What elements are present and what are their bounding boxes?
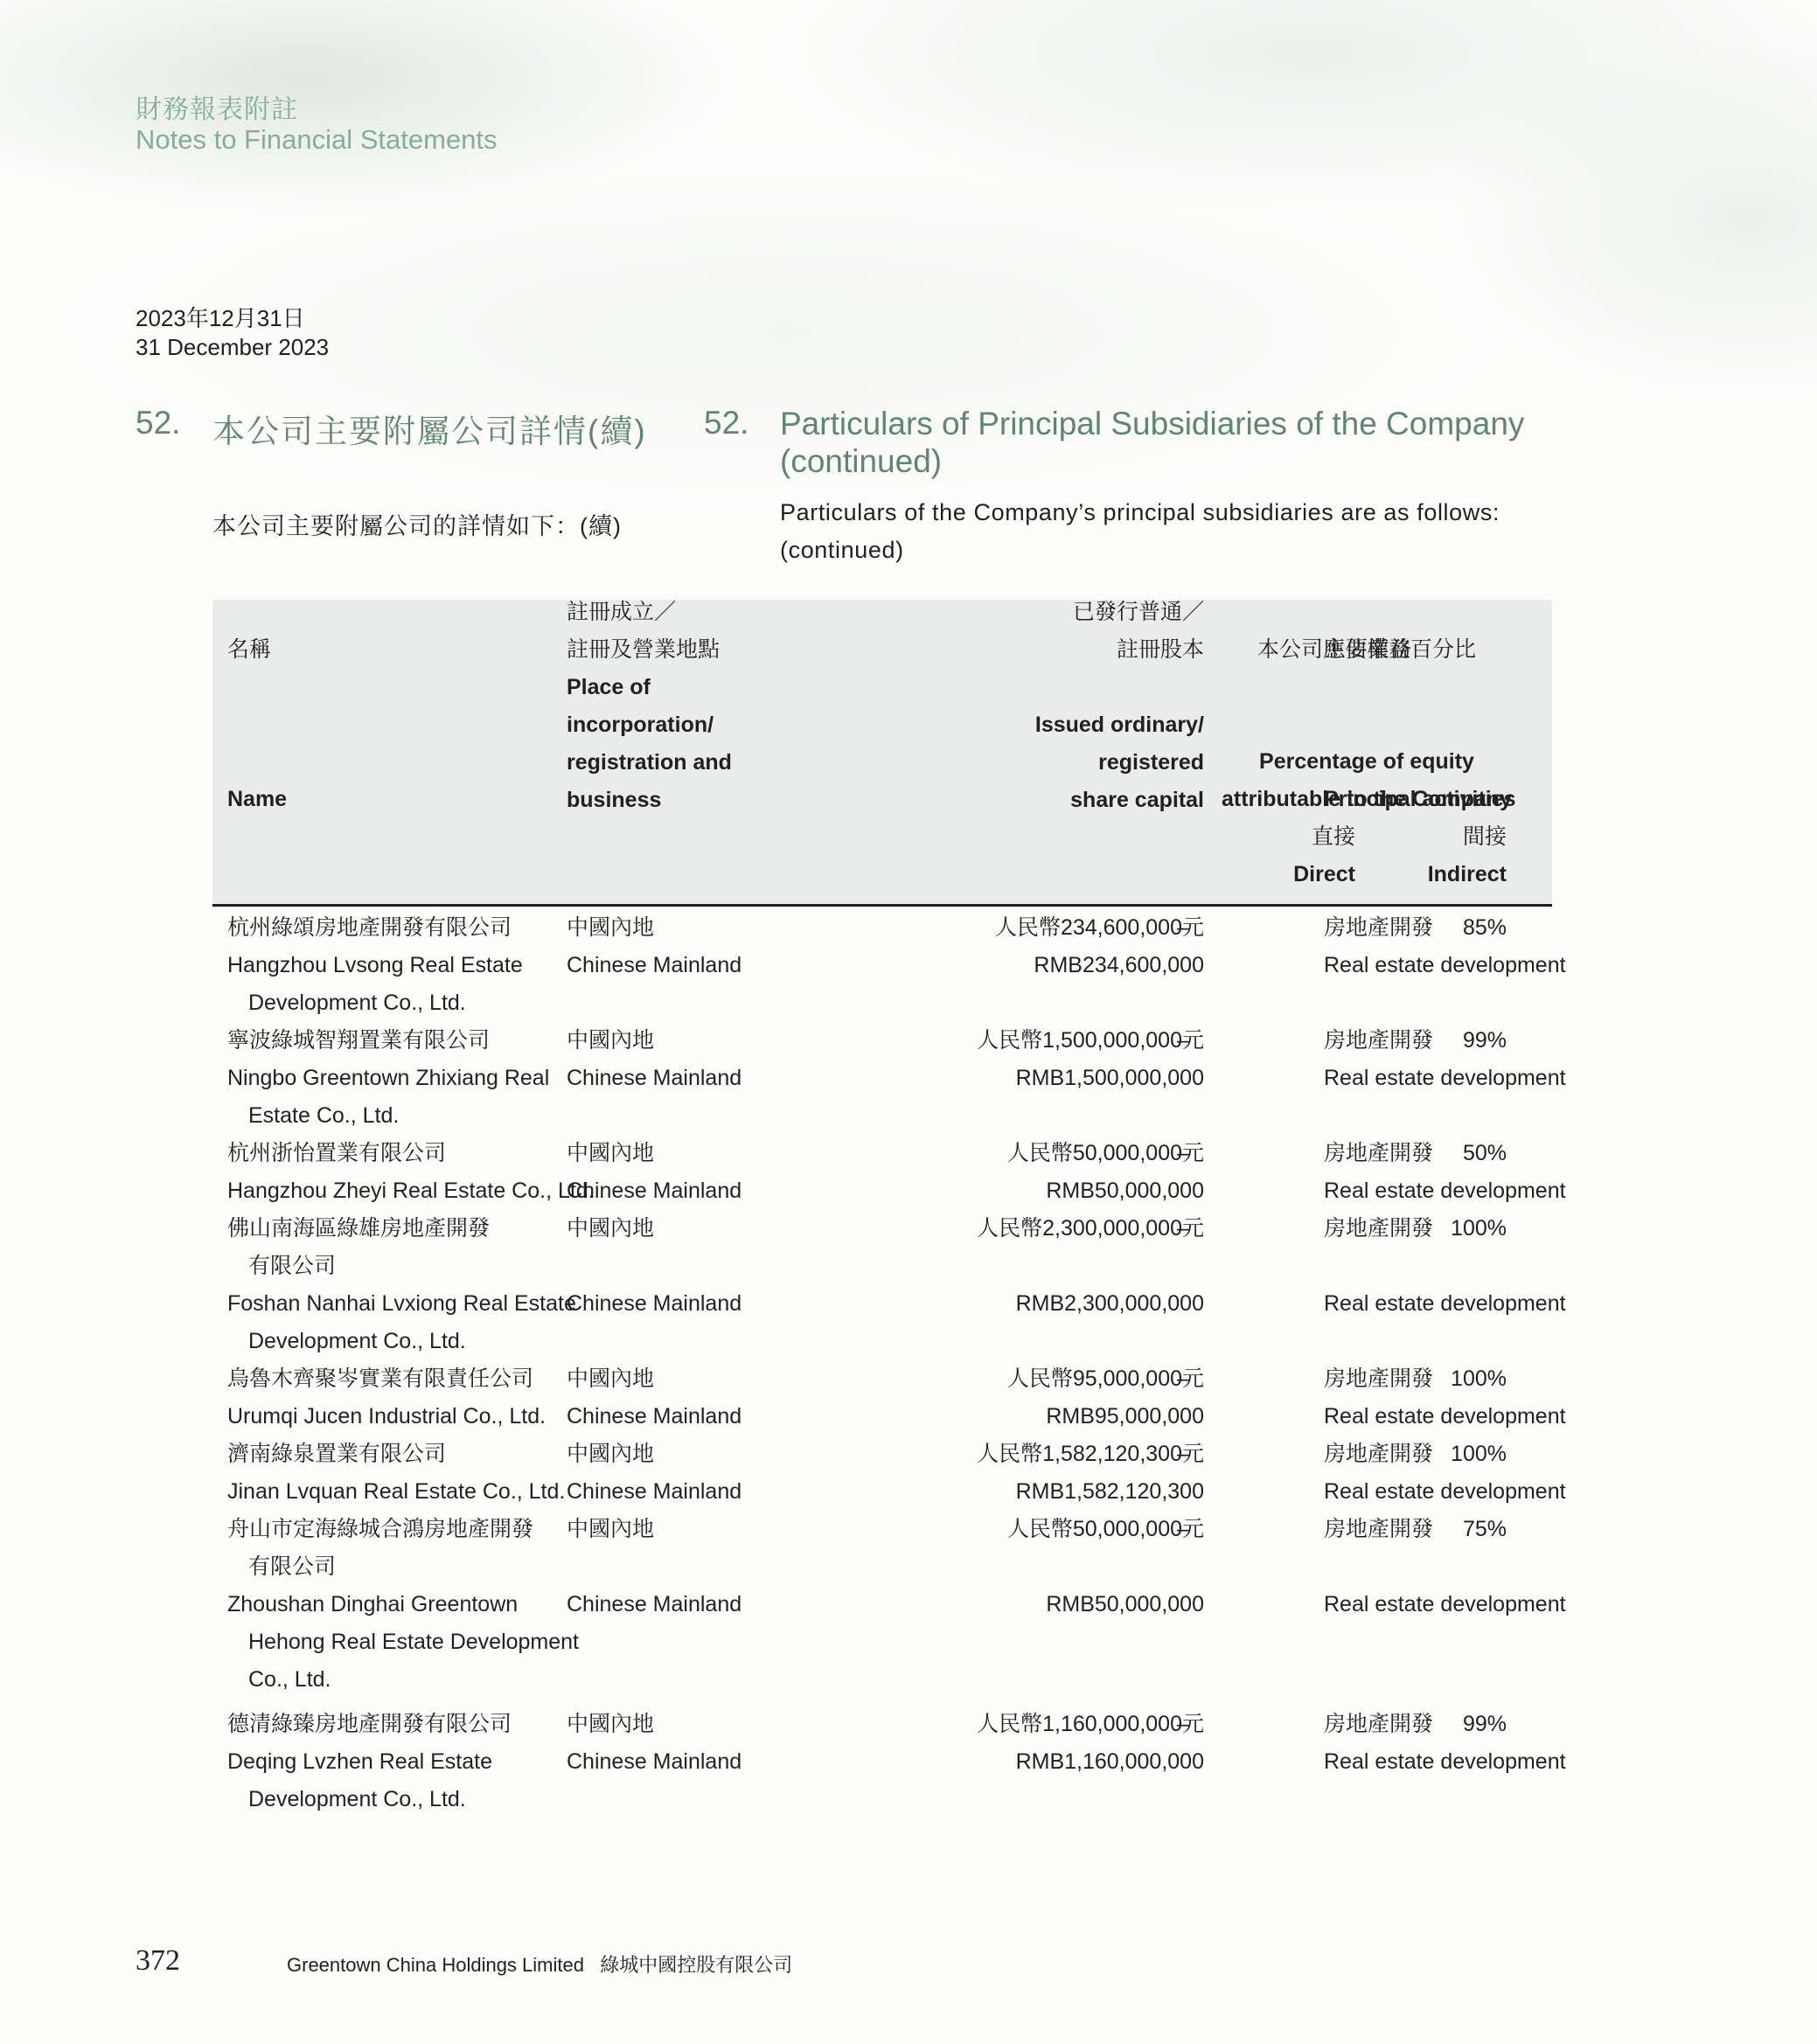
- subsidiary-name: 濟南綠泉置業有限公司Jinan Lvquan Real Estate Co., …: [227, 1436, 560, 1511]
- section-title-zh: 本公司主要附屬公司詳情(續): [212, 405, 647, 452]
- direct-equity: –: [1131, 909, 1236, 947]
- place-of-incorporation: 中國內地Chinese Mainland: [567, 1135, 776, 1210]
- intro-text-zh: 本公司主要附屬公司的詳情如下：(續): [212, 507, 622, 541]
- place-of-incorporation: 中國內地Chinese Mainland: [567, 1022, 776, 1097]
- subsidiary-name: 烏魯木齊聚岑實業有限責任公司Urumqi Jucen Industrial Co…: [227, 1360, 560, 1436]
- subsidiary-name: 寧波綠城智翔置業有限公司Ningbo Greentown Zhixiang Re…: [227, 1022, 560, 1135]
- header-activities-en: Principal activities: [1324, 781, 1516, 818]
- date-en: 31 December 2023: [136, 334, 329, 361]
- direct-equity: –: [1131, 1436, 1236, 1473]
- subsidiary-name: 佛山南海區綠雄房地產開發有限公司Foshan Nanhai Lvxiong Re…: [227, 1210, 560, 1360]
- principal-activity: 房地產開發Real estate development: [1324, 1210, 1551, 1323]
- header-capital: 已發行普通／ 註冊股本 Issued ordinary/ registered …: [763, 594, 1204, 819]
- direct-equity: –: [1131, 1706, 1236, 1743]
- header-name-zh: 名稱: [227, 631, 271, 669]
- direct-equity: –: [1131, 1511, 1236, 1548]
- place-of-incorporation: 中國內地Chinese Mainland: [567, 909, 776, 984]
- table-header: 名稱 Name 註冊成立／ 註冊及營業地點 Place of incorpora…: [212, 600, 1552, 907]
- page-number: 372: [136, 1944, 180, 1978]
- principal-activity: 房地產開發Real estate development: [1324, 1022, 1551, 1097]
- subsidiary-name: 德清綠臻房地產開發有限公司Deqing Lvzhen Real EstateDe…: [227, 1706, 560, 1818]
- subsidiary-name: 杭州綠頌房地產開發有限公司Hangzhou Lvsong Real Estate…: [227, 909, 560, 1022]
- header-place: 註冊成立／ 註冊及營業地點 Place of incorporation/ re…: [567, 594, 732, 819]
- footer-company-name: Greentown China Holdings Limited 綠城中國控股有…: [287, 1950, 792, 1978]
- principal-activity: 房地產開發Real estate development: [1324, 1436, 1551, 1511]
- principal-activity: 房地產開發Real estate development: [1324, 1360, 1551, 1436]
- direct-equity: –: [1131, 1022, 1236, 1060]
- direct-equity: –: [1131, 1210, 1236, 1248]
- principal-activity: 房地產開發Real estate development: [1324, 1511, 1551, 1623]
- section-title-en: Particulars of Principal Subsidiaries of…: [780, 405, 1549, 480]
- subsidiary-name: 舟山市定海綠城合鴻房地產開發有限公司Zhoushan Dinghai Green…: [227, 1511, 560, 1699]
- place-of-incorporation: 中國內地Chinese Mainland: [567, 1360, 776, 1436]
- header-name-en: Name: [227, 781, 287, 818]
- header-direct: 直接 Direct: [1218, 818, 1355, 893]
- intro-text-en: Particulars of the Company’s principal s…: [780, 494, 1554, 569]
- header-indirect: 間接 Indirect: [1367, 818, 1507, 893]
- running-header-en: Notes to Financial Statements: [136, 124, 498, 156]
- place-of-incorporation: 中國內地Chinese Mainland: [567, 1436, 776, 1511]
- principal-activity: 房地產開發Real estate development: [1324, 909, 1551, 984]
- subsidiary-name: 杭州浙怡置業有限公司Hangzhou Zheyi Real Estate Co.…: [227, 1135, 560, 1210]
- running-header-zh: 財務報表附註: [136, 87, 298, 126]
- direct-equity: –: [1131, 1360, 1236, 1398]
- principal-activity: 房地產開發Real estate development: [1324, 1706, 1551, 1781]
- principal-activity: 房地產開發Real estate development: [1324, 1135, 1551, 1210]
- date-zh: 2023年12月31日: [136, 301, 305, 333]
- header-activities-zh: 主要業務: [1324, 631, 1411, 669]
- place-of-incorporation: 中國內地Chinese Mainland: [567, 1210, 776, 1323]
- section-number-en: 52.: [704, 405, 748, 441]
- direct-equity: –: [1131, 1135, 1236, 1172]
- place-of-incorporation: 中國內地Chinese Mainland: [567, 1706, 776, 1781]
- section-number-zh: 52.: [136, 405, 180, 441]
- place-of-incorporation: 中國內地Chinese Mainland: [567, 1511, 776, 1623]
